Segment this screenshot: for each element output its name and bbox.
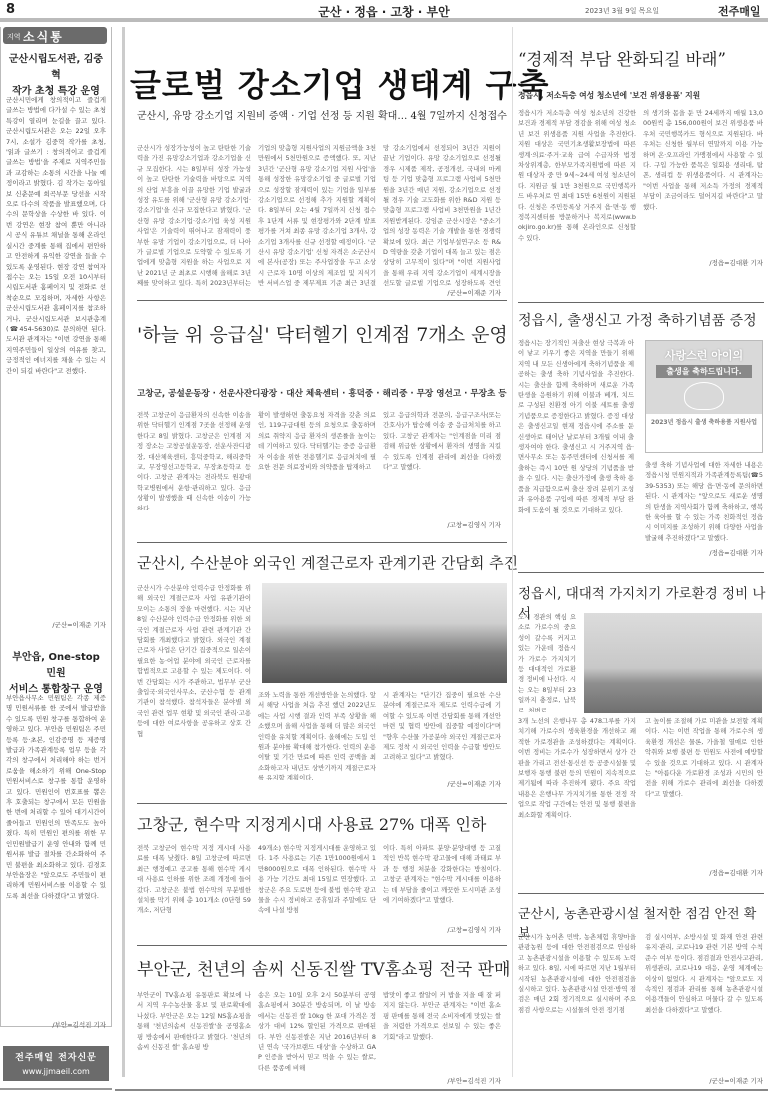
page-bottom-rule: [115, 1089, 768, 1091]
rural-tourism-col2: 검 실시여부, 소방시설 및 화재 안전 관련 유지·관리, 코로나19 관련 …: [645, 932, 763, 1072]
article-rule: [518, 302, 764, 303]
workers-col3: 시 관계자는 "단기간 집중이 필요한 수산분야에 계절근로자 제도로 인력수급…: [383, 690, 501, 770]
birth-gift-col2: 출생 축하 기념사업에 대한 자세한 내용은 정읍시청 민원지적과 가족관계등록…: [645, 460, 763, 548]
rural-tourism-byline: /군산=이재준 기자: [645, 1076, 763, 1085]
sidebar-article1-body: 군산시민에게 창의적이고 즐겁게 글쓰는 방법에 다가설 수 있는 초청 특강이…: [6, 95, 106, 615]
article-rule: [518, 893, 764, 894]
banner-fee-col3: 이다. 특히 아파트 분양·분양대행 등 고질적인 반복 현수막 광고물에 대해…: [383, 843, 501, 923]
article-rule: [518, 572, 764, 573]
poster-program-title: 2023년 정읍시 출생 축하용품 지원사업: [646, 414, 762, 453]
column-divider: [122, 27, 125, 1077]
heli-col3: 있고 응급의학과 전문의, 응급구조사(또는 간호사)가 탑승해 이송 중 응급…: [383, 410, 501, 500]
menstrual-col2: 의 생기와 몸을 둔 만 24세까지 매월 13,000원씩 총 156,000…: [643, 108, 763, 258]
sidebar-tag: 지역 소식통: [3, 27, 107, 44]
heli-subhead: 고창군, 공설운동장 · 선운사잔디광장 · 대산 체육센터 · 흥덕중 · 해…: [137, 387, 507, 399]
header-rule: [0, 18, 768, 22]
workers-byline: /군산=이재준 기자: [383, 779, 501, 788]
heli-byline: /고창=김영식 기자: [383, 520, 501, 529]
birth-gift-byline: /정읍=김대환 기자: [645, 548, 763, 557]
e-paper-title: 전주매일 전자신문: [3, 1050, 109, 1063]
menstrual-headline: “경제적 부담 완화되길 바래”: [518, 46, 726, 70]
sidebar-article1-byline: /군산=이재준 기자: [6, 620, 106, 629]
menstrual-subhead: 정읍시, 저소득층 여성 청소년에 '보건 위생용품' 지원: [518, 90, 700, 101]
tree-pruning-photo: [584, 613, 762, 713]
workers-col2: 조와 노력을 통한 개선방안을 논의했다. 앞서 해당 사업을 처음 추진 했던…: [258, 690, 376, 780]
lead-col3: 망 강소기업에서 선정되어 3년간 지원이 끝난 기업이다. 유망 강소기업으로…: [383, 143, 501, 288]
pruning-col1: 3개 노선의 은행나무 총 478그루를 가지치기해 가로수의 생육환경을 개선…: [518, 716, 636, 881]
heli-col1: 전북 고창군이 응급환자의 신속한 이송을 위한 닥터헬기 인계점 7곳을 선정…: [137, 410, 251, 510]
headline-line: 부안읍, One-stop 민원: [6, 650, 106, 682]
sidebar-tag-small: 지역: [7, 32, 21, 42]
rice-col2: 송은 오는 10일 오후 2시 50분부터 공영홈쇼핑에서 30분간 방송되며,…: [258, 990, 376, 1085]
poster-title-line1: 사랑스런 아이의: [646, 347, 762, 363]
meeting-photo: [262, 583, 507, 683]
rice-col3: 밥맛이 좋고 쌀알이 커 밥을 지을 때 잘 퍼지지 않는다. 부안군 관계자는…: [383, 990, 501, 1055]
lead-headline: 글로벌 강소기업 생태계 구축: [130, 60, 549, 106]
sidebar-tag-big: 소식통: [23, 28, 64, 45]
sidebar-article2-byline: /부안=김석진 기자: [6, 1020, 106, 1029]
headline-line: 군산시립도서관, 김중혁: [6, 52, 106, 84]
menstrual-col1: 정읍시가 저소득층 여성 청소년의 건강한 보건과 경제적 부담 경감을 위해 …: [518, 108, 636, 268]
banner-fee-byline: /고창=김영식 기자: [383, 925, 501, 934]
heli-col2: 황이 발생하면 출동요청 자격을 갖춘 의료인, 119구급대원 등의 요청으로…: [258, 410, 376, 510]
birth-gift-col1: 정읍시는 장기적인 저출산 현상 극복과 아이 낳고 키우기 좋은 지역을 만들…: [518, 338, 634, 538]
sidebar-article1-headline: 군산시립도서관, 김중혁 작가 초청 특강 운영: [6, 52, 106, 100]
menstrual-byline: /정읍=김대환 기자: [643, 258, 763, 267]
article-rule: [137, 300, 507, 301]
lead-subhead: 군산시, 유망 강소기업 지원비 증액 · 기업 선정 등 지원 확대… 4월 …: [137, 107, 507, 122]
sidebar-article2-headline: 부안읍, One-stop 민원 서비스 통합창구 운영: [6, 650, 106, 698]
banner-fee-col2: 49개소) 현수막 지정게시대를 운영하고 있다. 1주 사용료는 기존 1만1…: [258, 843, 376, 938]
baby-illustration-icon: [684, 382, 724, 410]
pruning-col2: 고 높이를 조절해 가로 미관을 보전할 계획이다. 시는 이번 작업을 통해 …: [645, 716, 763, 866]
heli-headline: '하늘 위 응급실' 닥터헬기 인계점 7개소 운영: [137, 320, 508, 347]
lead-col2: 기업의 맞춤형 지원사업의 지원금액을 3천만원에서 5천만원으로 증액했다. …: [258, 143, 376, 288]
rural-tourism-col1: 군산시가 농어촌 민박, 농촌체험 휴양마을 관광농원 등에 대한 안전점검으로…: [518, 932, 636, 1082]
workers-col1: 군산시가 수산분야 인력수급 안정화를 위해 외국인 계절근로자 사업 유관기관…: [137, 583, 251, 778]
birth-gift-headline: 정읍시, 출생신고 가정 축하기념품 증정: [518, 310, 757, 330]
article-rule: [137, 803, 507, 804]
e-paper-banner[interactable]: 전주매일 전자신문 www.jjmaeil.com: [3, 1046, 109, 1081]
pruning-col-narrow: 도시 경관의 핵심 요소로 가로수의 중요성이 갈수록 커지고 있는 가운데 정…: [518, 612, 576, 712]
paper-name: 전주매일: [718, 3, 761, 19]
lead-byline: /군산=이재준 기자: [383, 288, 501, 297]
rice-col1: 부안군이 TV홈쇼핑 유통판로 확보에 나서 지역 우수농산물 홍보 및 판로확…: [137, 990, 251, 1085]
rice-headline: 부안군, 천년의 솜씨 신동진쌀 TV홈쇼핑 전국 판매: [137, 955, 510, 980]
poster-title-line2: 출생을 축하드립니다.: [656, 365, 752, 378]
article-rule: [137, 542, 507, 543]
banner-fee-col1: 전북 고창군이 현수막 지정 게시대 사용료를 대폭 낮췄다. 8일 고창군에 …: [137, 843, 251, 938]
lead-col1: 군산시가 성장가능성이 높고 탄탄한 기술력을 가진 유망강소기업과 강소기업을…: [137, 143, 251, 288]
pruning-byline: /정읍=김대환 기자: [645, 868, 763, 877]
banner-fee-headline: 고창군, 현수막 지정게시대 사용료 27% 대폭 인하: [137, 812, 486, 835]
birth-poster: 사랑스런 아이의 출생을 축하드립니다. 2023년 정읍시 출생 축하용품 지…: [645, 340, 763, 453]
workers-headline: 군산시, 수산분야 외국인 계절근로자 관계기관 간담회 추진: [137, 552, 518, 573]
issue-date: 2023년 3월 9일 목요일: [585, 6, 659, 16]
sidebar-bottom-rule: [0, 1088, 112, 1090]
article-rule: [137, 945, 507, 946]
sidebar-article2-body: 부안읍사무소 민원팀은 각종 제증명 민원서류를 한 곳에서 발급받을 수 있도…: [6, 693, 106, 1018]
right-column-divider: [512, 27, 513, 1077]
rice-byline: /부안=김석진 기자: [383, 1076, 501, 1085]
e-paper-url[interactable]: www.jjmaeil.com: [3, 1067, 109, 1076]
